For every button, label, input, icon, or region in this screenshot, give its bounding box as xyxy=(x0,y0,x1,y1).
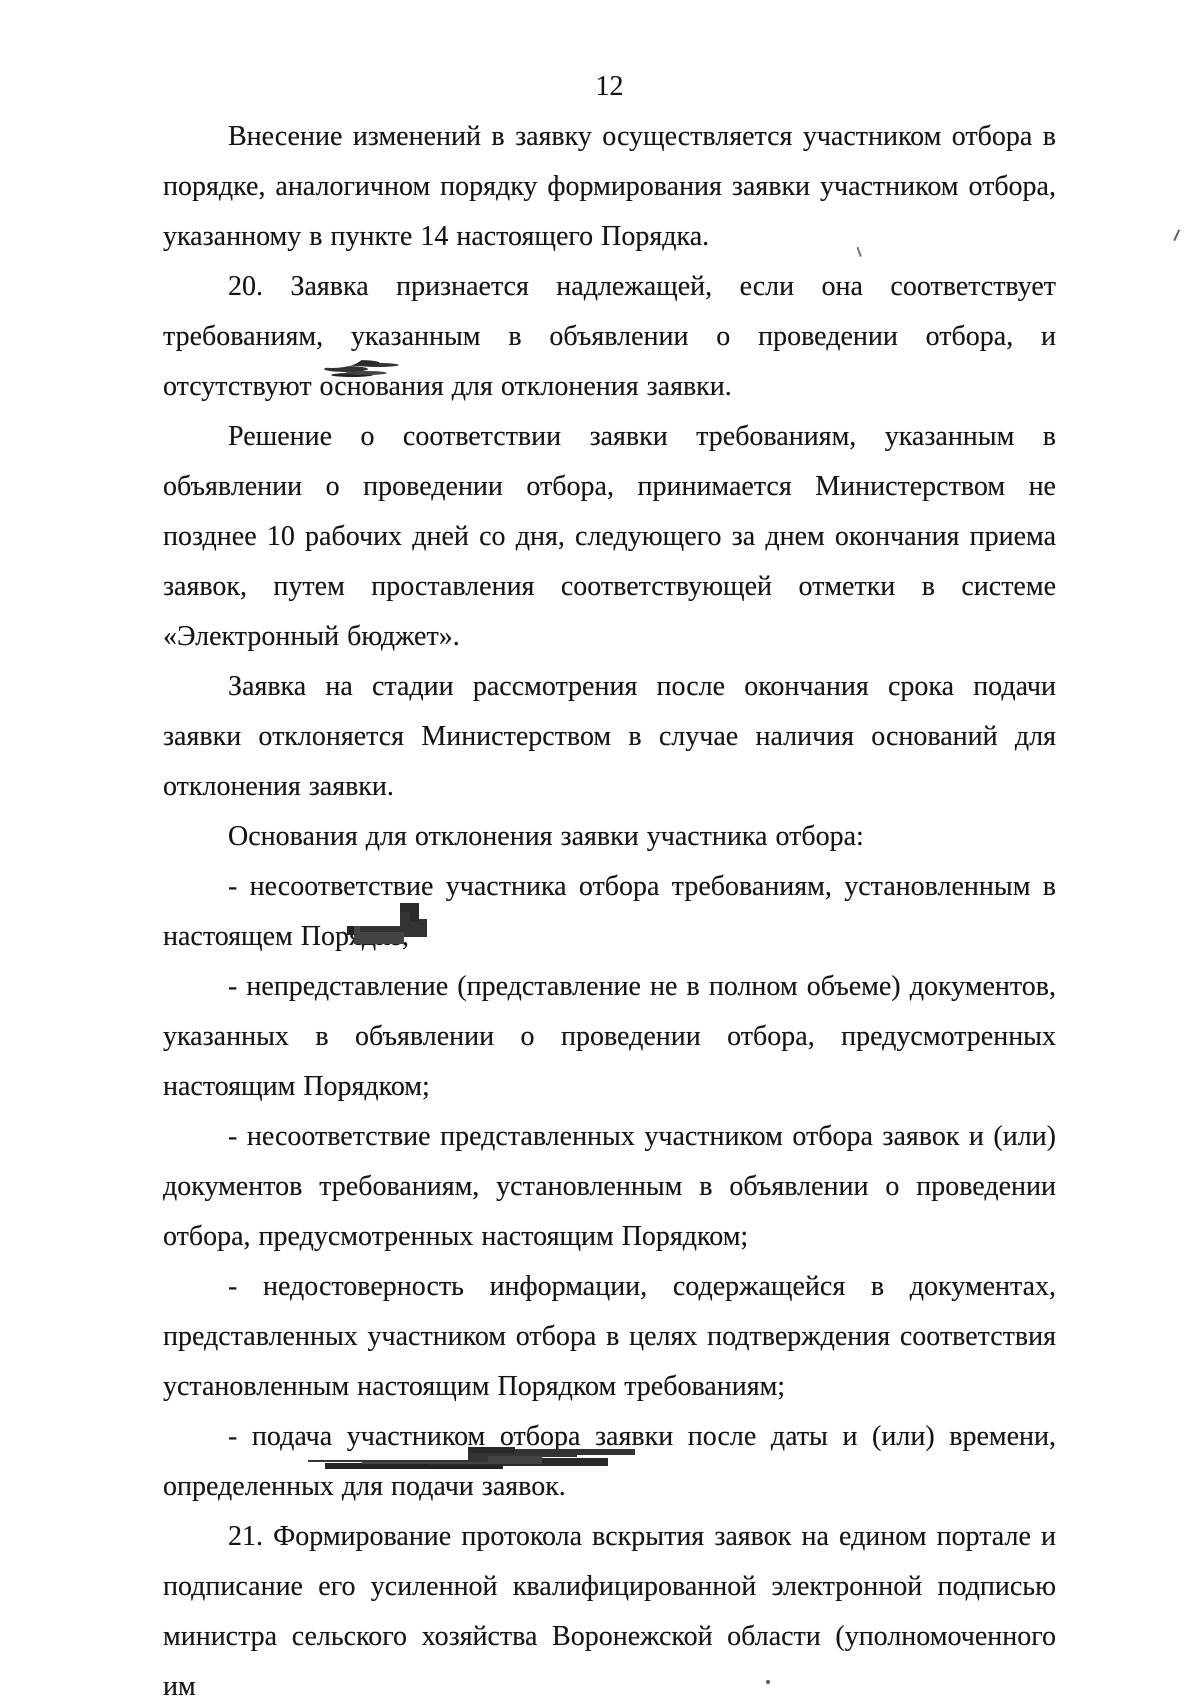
paragraph: - подача участником отбора заявки после … xyxy=(163,1412,1056,1512)
paragraph: - непредставление (представление не в по… xyxy=(163,962,1056,1112)
paragraph: - несоответствие представленных участник… xyxy=(163,1112,1056,1262)
paragraph: 20. Заявка признается надлежащей, если о… xyxy=(163,262,1056,412)
paragraph: Решение о соответствии заявки требования… xyxy=(163,412,1056,662)
paragraph: 21. Формирование протокола вскрытия заяв… xyxy=(163,1512,1056,1706)
document-page: 12 Внесение изменений в заявку осуществл… xyxy=(0,0,1200,1706)
paragraph: Основания для отклонения заявки участник… xyxy=(163,812,1056,862)
paragraph: Заявка на стадии рассмотрения после окон… xyxy=(163,662,1056,812)
paragraph: Внесение изменений в заявку осуществляет… xyxy=(163,112,1056,262)
page-number: 12 xyxy=(163,62,1056,112)
paragraph: - недостоверность информации, содержащей… xyxy=(163,1262,1056,1412)
paragraph: - несоответствие участника отбора требов… xyxy=(163,862,1056,962)
